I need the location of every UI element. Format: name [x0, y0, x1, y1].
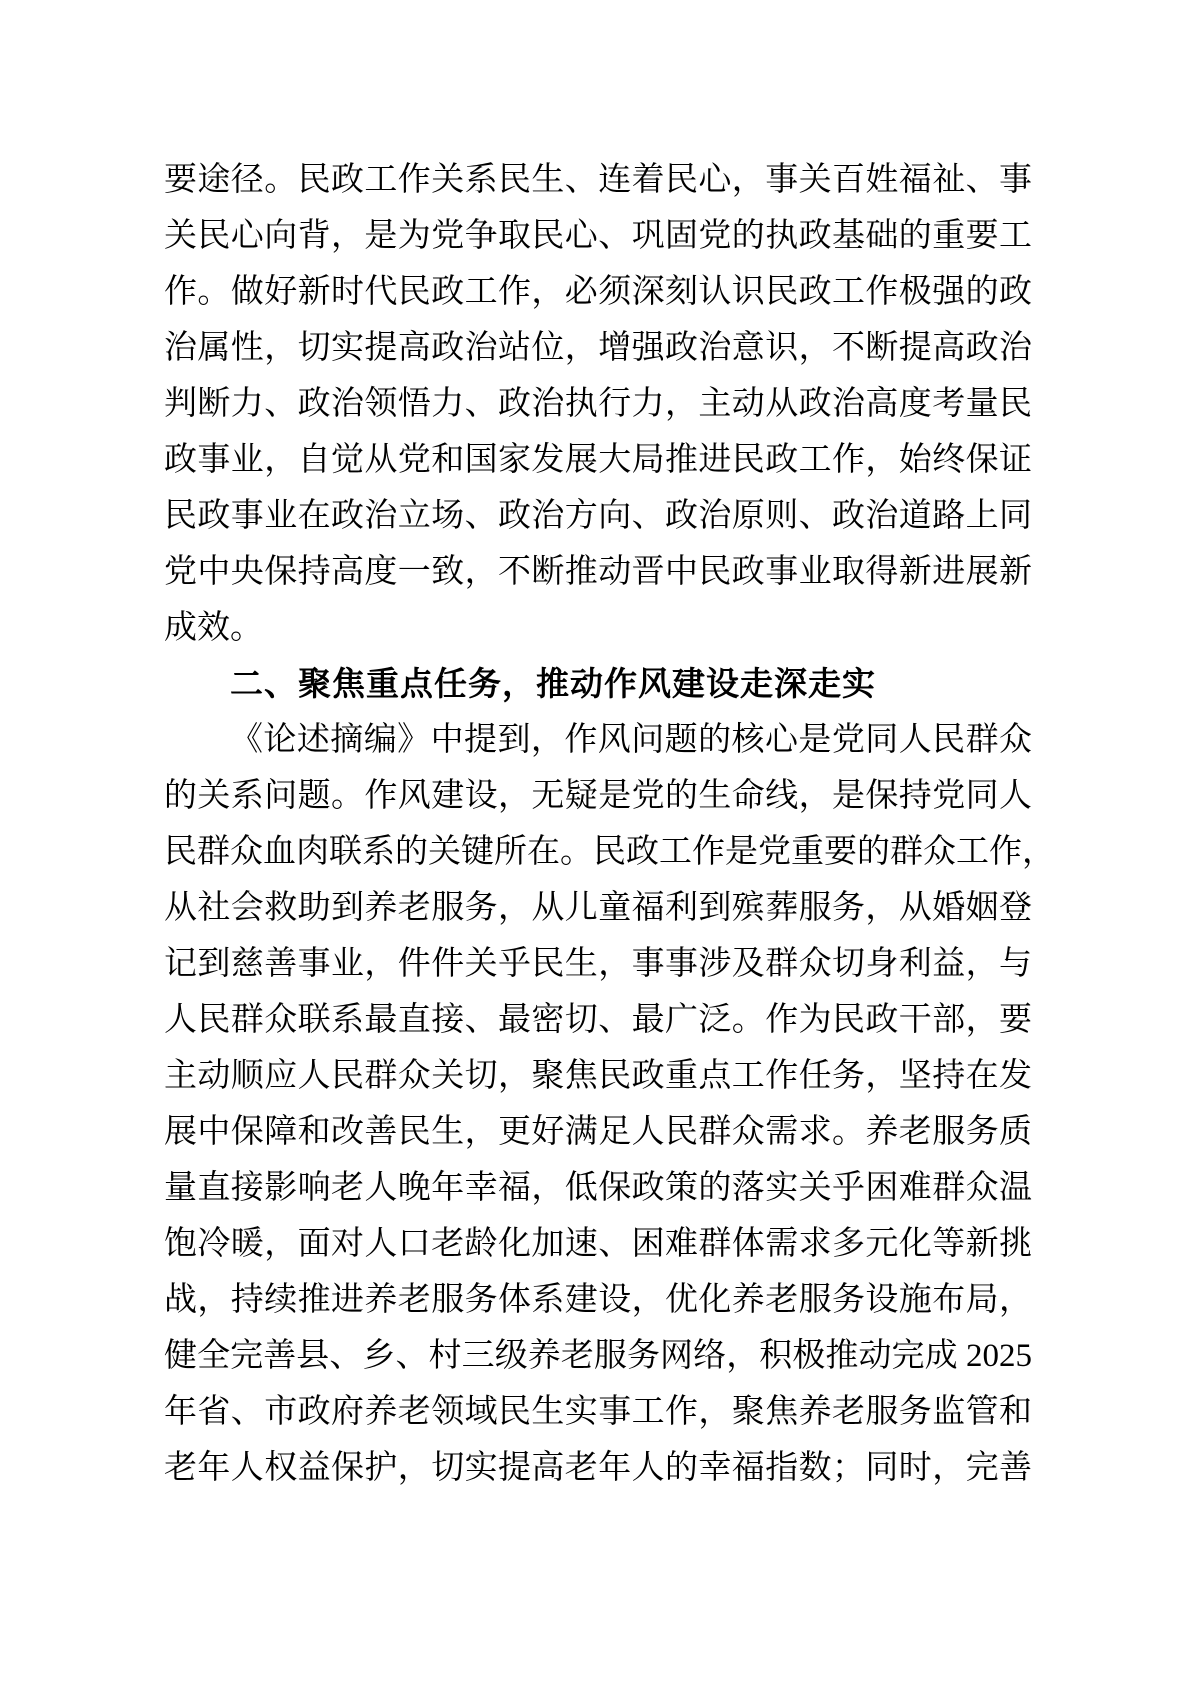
text-line: 量直接影响老人晚年幸福，低保政策的落实关乎困难群众温: [164, 1160, 1032, 1216]
text-line: 《论述摘编》中提到，作风问题的核心是党同人民群众: [164, 712, 1032, 768]
text-line: 民群众血肉联系的关键所在。民政工作是党重要的群众工作，: [164, 824, 1032, 880]
text-line: 党中央保持高度一致，不断推动晋中民政事业取得新进展新: [164, 544, 1032, 600]
text-line: 饱冷暖，面对人口老龄化加速、困难群体需求多元化等新挑: [164, 1216, 1032, 1272]
text-line: 民政事业在政治立场、政治方向、政治原则、政治道路上同: [164, 488, 1032, 544]
text-block: 要途径。民政工作关系民生、连着民心，事关百姓福祉、事关民心向背，是为党争取民心、…: [164, 152, 1032, 1496]
text-line: 成效。: [164, 600, 1032, 656]
section-heading: 二、聚焦重点任务，推动作风建设走深走实: [164, 656, 1032, 712]
text-line: 作。做好新时代民政工作，必须深刻认识民政工作极强的政: [164, 264, 1032, 320]
text-line: 政事业，自觉从党和国家发展大局推进民政工作，始终保证: [164, 432, 1032, 488]
text-line: 年省、市政府养老领域民生实事工作，聚焦养老服务监管和: [164, 1384, 1032, 1440]
text-line: 判断力、政治领悟力、政治执行力，主动从政治高度考量民: [164, 376, 1032, 432]
text-line: 关民心向背，是为党争取民心、巩固党的执政基础的重要工: [164, 208, 1032, 264]
text-line: 展中保障和改善民生，更好满足人民群众需求。养老服务质: [164, 1104, 1032, 1160]
text-line: 治属性，切实提高政治站位，增强政治意识，不断提高政治: [164, 320, 1032, 376]
document-page: 要途径。民政工作关系民生、连着民心，事关百姓福祉、事关民心向背，是为党争取民心、…: [0, 0, 1190, 1683]
text-line: 要途径。民政工作关系民生、连着民心，事关百姓福祉、事: [164, 152, 1032, 208]
text-line: 人民群众联系最直接、最密切、最广泛。作为民政干部，要: [164, 992, 1032, 1048]
text-line: 健全完善县、乡、村三级养老服务网络，积极推动完成 2025: [164, 1328, 1032, 1384]
text-line: 战，持续推进养老服务体系建设，优化养老服务设施布局，: [164, 1272, 1032, 1328]
text-line: 记到慈善事业，件件关乎民生，事事涉及群众切身利益，与: [164, 936, 1032, 992]
text-line: 从社会救助到养老服务，从儿童福利到殡葬服务，从婚姻登: [164, 880, 1032, 936]
text-line: 的关系问题。作风建设，无疑是党的生命线，是保持党同人: [164, 768, 1032, 824]
text-line: 主动顺应人民群众关切，聚焦民政重点工作任务，坚持在发: [164, 1048, 1032, 1104]
text-line: 老年人权益保护，切实提高老年人的幸福指数；同时，完善: [164, 1440, 1032, 1496]
